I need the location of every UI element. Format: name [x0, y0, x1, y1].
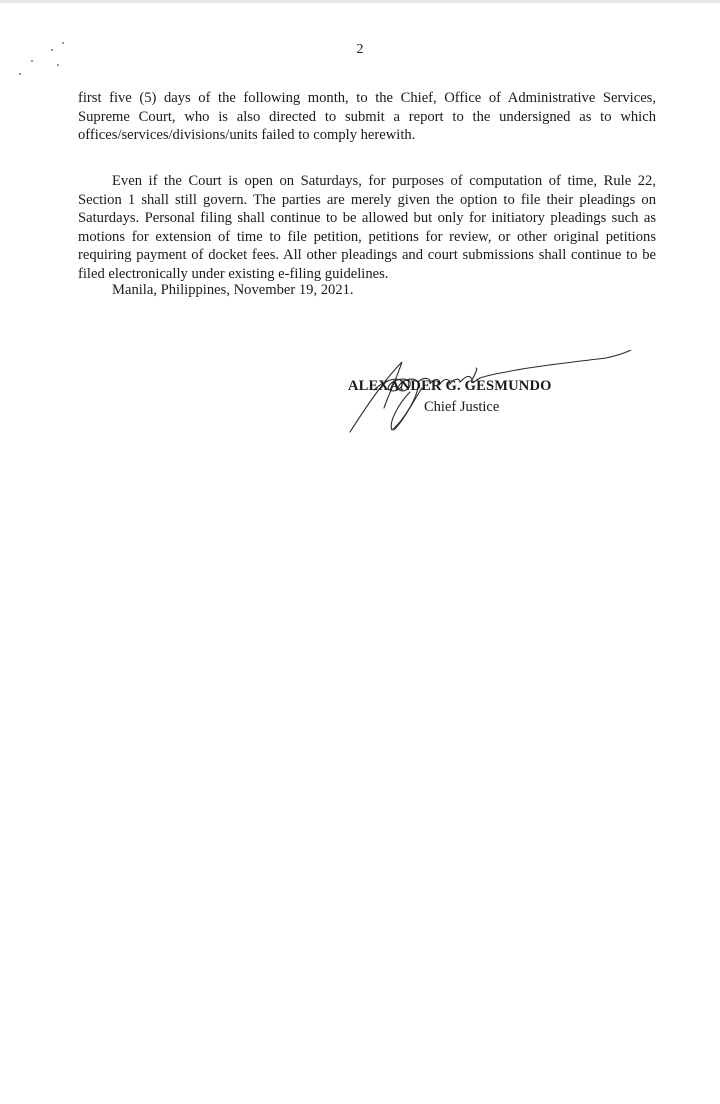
- signatory-name: ALEXANDER G. GESMUNDO: [348, 378, 552, 395]
- place-date: Manila, Philippines, November 19, 2021.: [112, 282, 354, 299]
- scan-speck: [19, 73, 21, 75]
- top-edge: [0, 0, 720, 3]
- signature-block: ALEXANDER G. GESMUNDO Chief Justice: [344, 350, 684, 440]
- signature-icon: [344, 350, 684, 440]
- scan-speck: [31, 60, 33, 62]
- scan-speck: [57, 64, 59, 66]
- signatory-title: Chief Justice: [424, 399, 499, 416]
- paragraph-2: Even if the Court is open on Saturdays, …: [78, 172, 656, 284]
- page-number: 2: [0, 42, 720, 58]
- paragraph-1: first five (5) days of the following mon…: [78, 89, 656, 145]
